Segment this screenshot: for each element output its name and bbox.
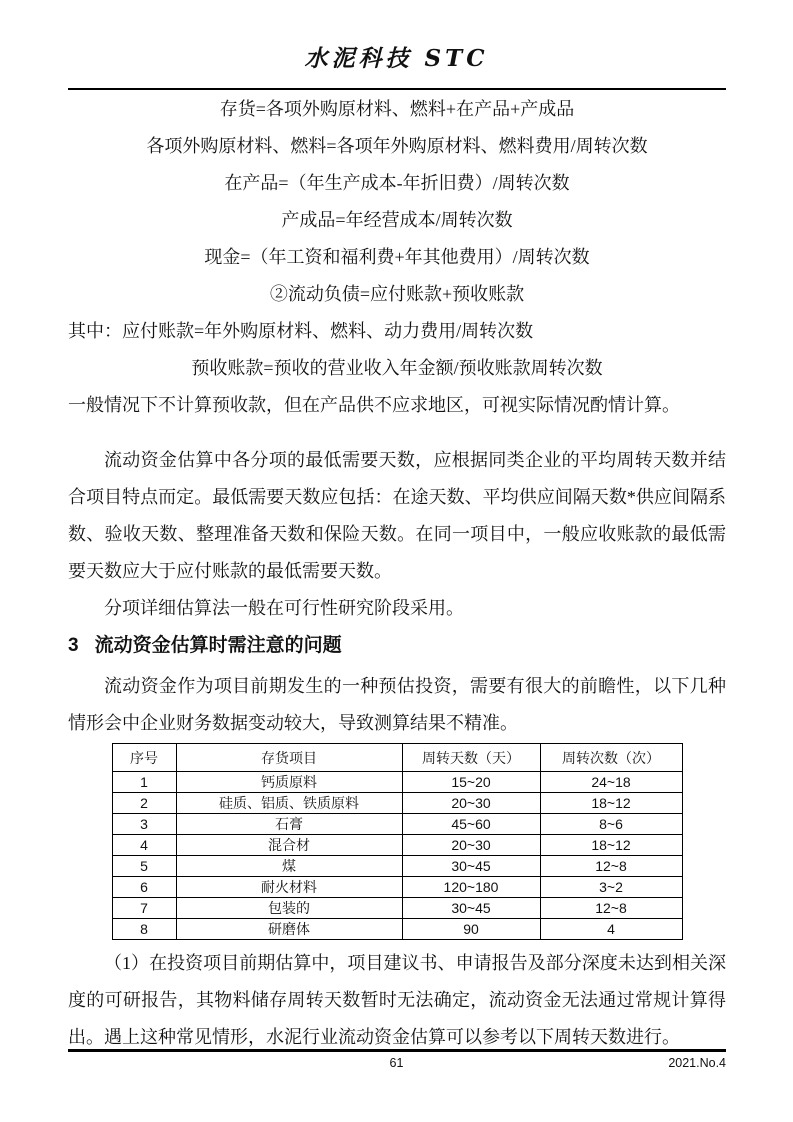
cell-item: 煤 bbox=[176, 856, 402, 877]
table-row: 3 石膏 45~60 8~6 bbox=[112, 814, 682, 835]
section-heading: 3流动资金估算时需注意的问题 bbox=[68, 629, 726, 662]
header-cell-days: 周转天数（天） bbox=[402, 744, 540, 772]
table-row: 1 钙质原料 15~20 24~18 bbox=[112, 772, 682, 793]
cell-days: 30~45 bbox=[402, 898, 540, 919]
issue-number: 2021.No.4 bbox=[668, 1056, 726, 1070]
paragraph-foresight: 流动资金作为项目前期发生的一种预估投资，需要有很大的前瞻性，以下几种情形会中企业… bbox=[68, 668, 726, 742]
cell-days: 90 bbox=[402, 919, 540, 940]
formula-block: 存货=各项外购原材料、燃料+在产品+产成品 各项外购原材料、燃料=各项年外购原材… bbox=[68, 91, 726, 424]
section-number: 3 bbox=[68, 635, 79, 656]
cell-times: 18~12 bbox=[540, 835, 682, 856]
cell-no: 6 bbox=[112, 877, 176, 898]
table-row: 7 包装的 30~45 12~8 bbox=[112, 898, 682, 919]
cell-item: 包装的 bbox=[176, 898, 402, 919]
table-row: 2 硅质、铝质、铁质原料 20~30 18~12 bbox=[112, 793, 682, 814]
cell-times: 12~8 bbox=[540, 856, 682, 877]
section-title: 流动资金估算时需注意的问题 bbox=[95, 635, 342, 656]
header-cell-times: 周转次数（次） bbox=[540, 744, 682, 772]
footer-rule bbox=[68, 1049, 726, 1052]
table-row: 4 混合材 20~30 18~12 bbox=[112, 835, 682, 856]
table-row: 6 耐火材料 120~180 3~2 bbox=[112, 877, 682, 898]
formula-accounts-payable: 其中：应付账款=年外购原材料、燃料、动力费用/周转次数 bbox=[68, 313, 726, 350]
formula-finished-goods: 产成品=年经营成本/周转次数 bbox=[68, 202, 726, 239]
cell-days: 20~30 bbox=[402, 793, 540, 814]
formula-cash: 现金=（年工资和福利费+年其他费用）/周转次数 bbox=[68, 239, 726, 276]
formula-advance-receipts: 预收账款=预收的营业收入年金额/预收账款周转次数 bbox=[68, 350, 726, 387]
formula-note: 一般情况下不计算预收款，但在产品供不应求地区，可视实际情况酌情计算。 bbox=[68, 387, 726, 424]
cell-times: 18~12 bbox=[540, 793, 682, 814]
header-cell-no: 序号 bbox=[112, 744, 176, 772]
cell-times: 4 bbox=[540, 919, 682, 940]
header-cell-item: 存货项目 bbox=[176, 744, 402, 772]
cell-times: 24~18 bbox=[540, 772, 682, 793]
cell-times: 3~2 bbox=[540, 877, 682, 898]
table-row: 5 煤 30~45 12~8 bbox=[112, 856, 682, 877]
formula-inventory: 存货=各项外购原材料、燃料+在产品+产成品 bbox=[68, 91, 726, 128]
cell-days: 15~20 bbox=[402, 772, 540, 793]
cell-item: 混合材 bbox=[176, 835, 402, 856]
cell-item: 石膏 bbox=[176, 814, 402, 835]
table-row: 8 研磨体 90 4 bbox=[112, 919, 682, 940]
cell-no: 3 bbox=[112, 814, 176, 835]
page-content: 存货=各项外购原材料、燃料+在产品+产成品 各项外购原材料、燃料=各项年外购原材… bbox=[68, 91, 726, 1056]
cell-no: 5 bbox=[112, 856, 176, 877]
cell-item: 耐火材料 bbox=[176, 877, 402, 898]
cell-times: 12~8 bbox=[540, 898, 682, 919]
cell-no: 8 bbox=[112, 919, 176, 940]
formula-work-in-progress: 在产品=（年生产成本-年折旧费）/周转次数 bbox=[68, 165, 726, 202]
formula-current-liabilities: ②流动负债=应付账款+预收账款 bbox=[68, 276, 726, 313]
cell-item: 研磨体 bbox=[176, 919, 402, 940]
journal-title: 水泥科技 STC bbox=[0, 40, 793, 73]
cell-item: 钙质原料 bbox=[176, 772, 402, 793]
inventory-turnover-table: 序号 存货项目 周转天数（天） 周转次数（次） 1 钙质原料 15~20 24~… bbox=[112, 743, 683, 940]
cell-item: 硅质、铝质、铁质原料 bbox=[176, 793, 402, 814]
cell-days: 30~45 bbox=[402, 856, 540, 877]
cell-times: 8~6 bbox=[540, 814, 682, 835]
cell-days: 45~60 bbox=[402, 814, 540, 835]
cell-days: 20~30 bbox=[402, 835, 540, 856]
cell-no: 1 bbox=[112, 772, 176, 793]
cell-no: 4 bbox=[112, 835, 176, 856]
table-header-row: 序号 存货项目 周转天数（天） 周转次数（次） bbox=[112, 744, 682, 772]
cell-no: 2 bbox=[112, 793, 176, 814]
header-rule bbox=[68, 88, 726, 90]
formula-purchased-materials: 各项外购原材料、燃料=各项年外购原材料、燃料费用/周转次数 bbox=[68, 128, 726, 165]
paragraph-minimum-days: 流动资金估算中各分项的最低需要天数，应根据同类企业的平均周转天数并结合项目特点而… bbox=[68, 442, 726, 590]
paragraph-detailed-method: 分项详细估算法一般在可行性研究阶段采用。 bbox=[68, 590, 726, 627]
cell-no: 7 bbox=[112, 898, 176, 919]
cell-days: 120~180 bbox=[402, 877, 540, 898]
document-page: 水泥科技 STC 存货=各项外购原材料、燃料+在产品+产成品 各项外购原材料、燃… bbox=[0, 0, 793, 1122]
paragraph-estimation-note: （1）在投资项目前期估算中，项目建议书、申请报告及部分深度未达到相关深度的可研报… bbox=[68, 945, 726, 1056]
